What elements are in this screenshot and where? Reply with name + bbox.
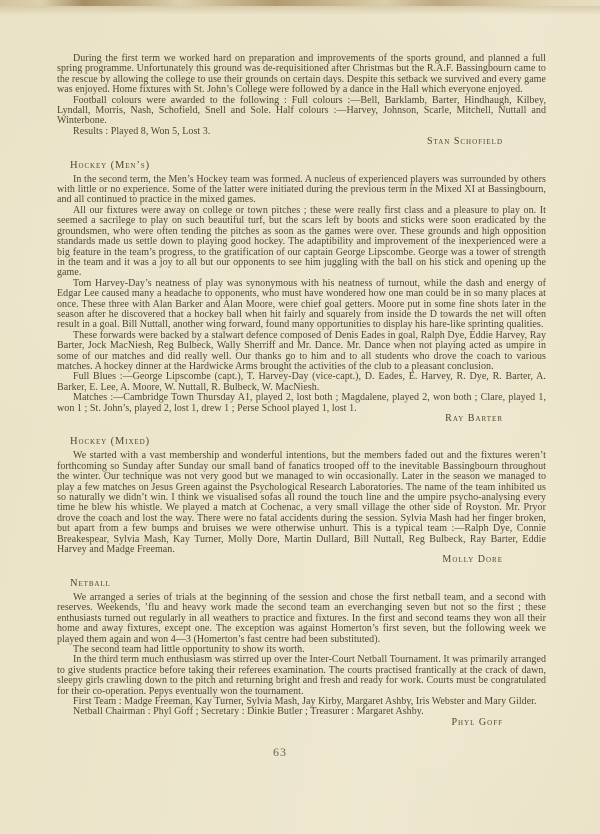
author-signature: Molly Dore bbox=[57, 555, 546, 565]
section-hockey-mens: Hockey (Men’s) In the second term, the M… bbox=[57, 160, 546, 425]
section-hockey-mixed: Hockey (Mixed) We started with a vast me… bbox=[57, 436, 546, 565]
scanned-book-page: During the first term we worked hard on … bbox=[0, 0, 600, 834]
paragraph: Full Blues :—George Lipscombe (capt.), T… bbox=[57, 372, 546, 393]
paragraph: During the first term we worked hard on … bbox=[57, 54, 546, 96]
paragraph: We arranged a series of trials at the be… bbox=[57, 593, 546, 645]
page-number: 63 bbox=[220, 746, 340, 758]
section-heading: Hockey (Men’s) bbox=[57, 160, 546, 171]
paragraph: In the second term, the Men’s Hockey tea… bbox=[57, 175, 546, 206]
section-heading: Hockey (Mixed) bbox=[57, 436, 546, 447]
paragraph: Matches :—Cambridge Town Thursday A1, pl… bbox=[57, 393, 546, 414]
paragraph: We started with a vast membership and wo… bbox=[57, 451, 546, 555]
paragraph: These forwards were backed by a stalwart… bbox=[57, 331, 546, 373]
author-signature: Phyl Goff bbox=[57, 718, 546, 728]
section-heading: Netball bbox=[57, 578, 546, 589]
section-football-conclusion: During the first term we worked hard on … bbox=[57, 54, 546, 148]
paragraph: All our fixtures were away on college or… bbox=[57, 206, 546, 279]
author-signature: Ray Barter bbox=[57, 414, 546, 424]
paragraph: In the third term much enthusiasm was st… bbox=[57, 655, 546, 697]
section-netball: Netball We arranged a series of trials a… bbox=[57, 578, 546, 728]
page-content: During the first term we worked hard on … bbox=[57, 54, 546, 728]
author-signature: Stan Schofield bbox=[57, 137, 546, 147]
paragraph: Football colours were awarded to the fol… bbox=[57, 96, 546, 127]
paragraph: Tom Harvey-Day’s neatness of play was sy… bbox=[57, 279, 546, 331]
scan-edge-shadow bbox=[0, 6, 600, 15]
